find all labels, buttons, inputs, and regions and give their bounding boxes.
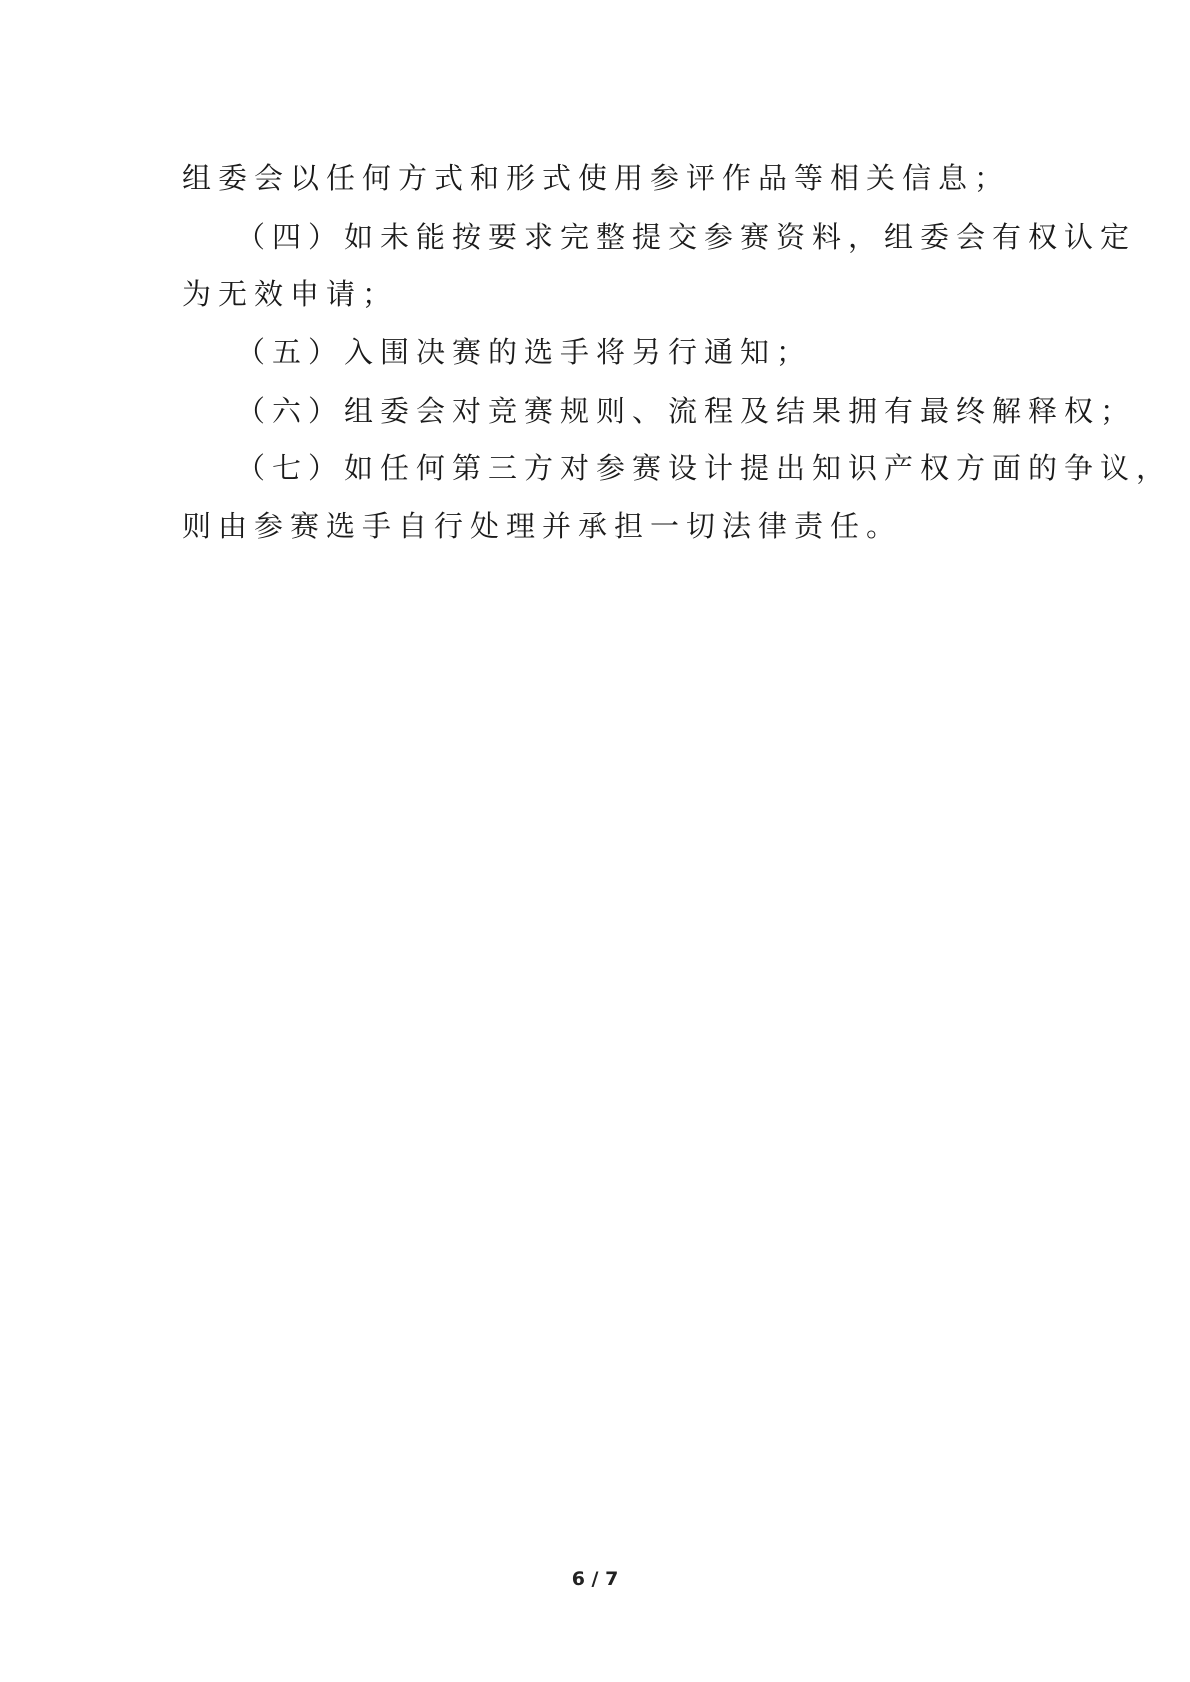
clause-six: （六）组委会对竞赛规则、流程及结果拥有最终解释权； bbox=[236, 393, 1136, 429]
document-page: 组委会以任何方式和形式使用参评作品等相关信息； （四）如未能按要求完整提交参赛资… bbox=[0, 0, 1190, 1682]
clause-four-line-2: 为无效申请； bbox=[182, 276, 398, 312]
clause-seven-line-1: （七）如任何第三方对参赛设计提出知识产权方面的争议， bbox=[236, 450, 1172, 486]
clause-four-line-1: （四）如未能按要求完整提交参赛资料，组委会有权认定 bbox=[236, 219, 1136, 255]
paragraph-continuation: 组委会以任何方式和形式使用参评作品等相关信息； bbox=[182, 160, 1010, 196]
clause-seven-line-2: 则由参赛选手自行处理并承担一切法律责任。 bbox=[182, 508, 902, 544]
page-number: 6 / 7 bbox=[0, 1568, 1190, 1590]
clause-five: （五）入围决赛的选手将另行通知； bbox=[236, 334, 812, 370]
